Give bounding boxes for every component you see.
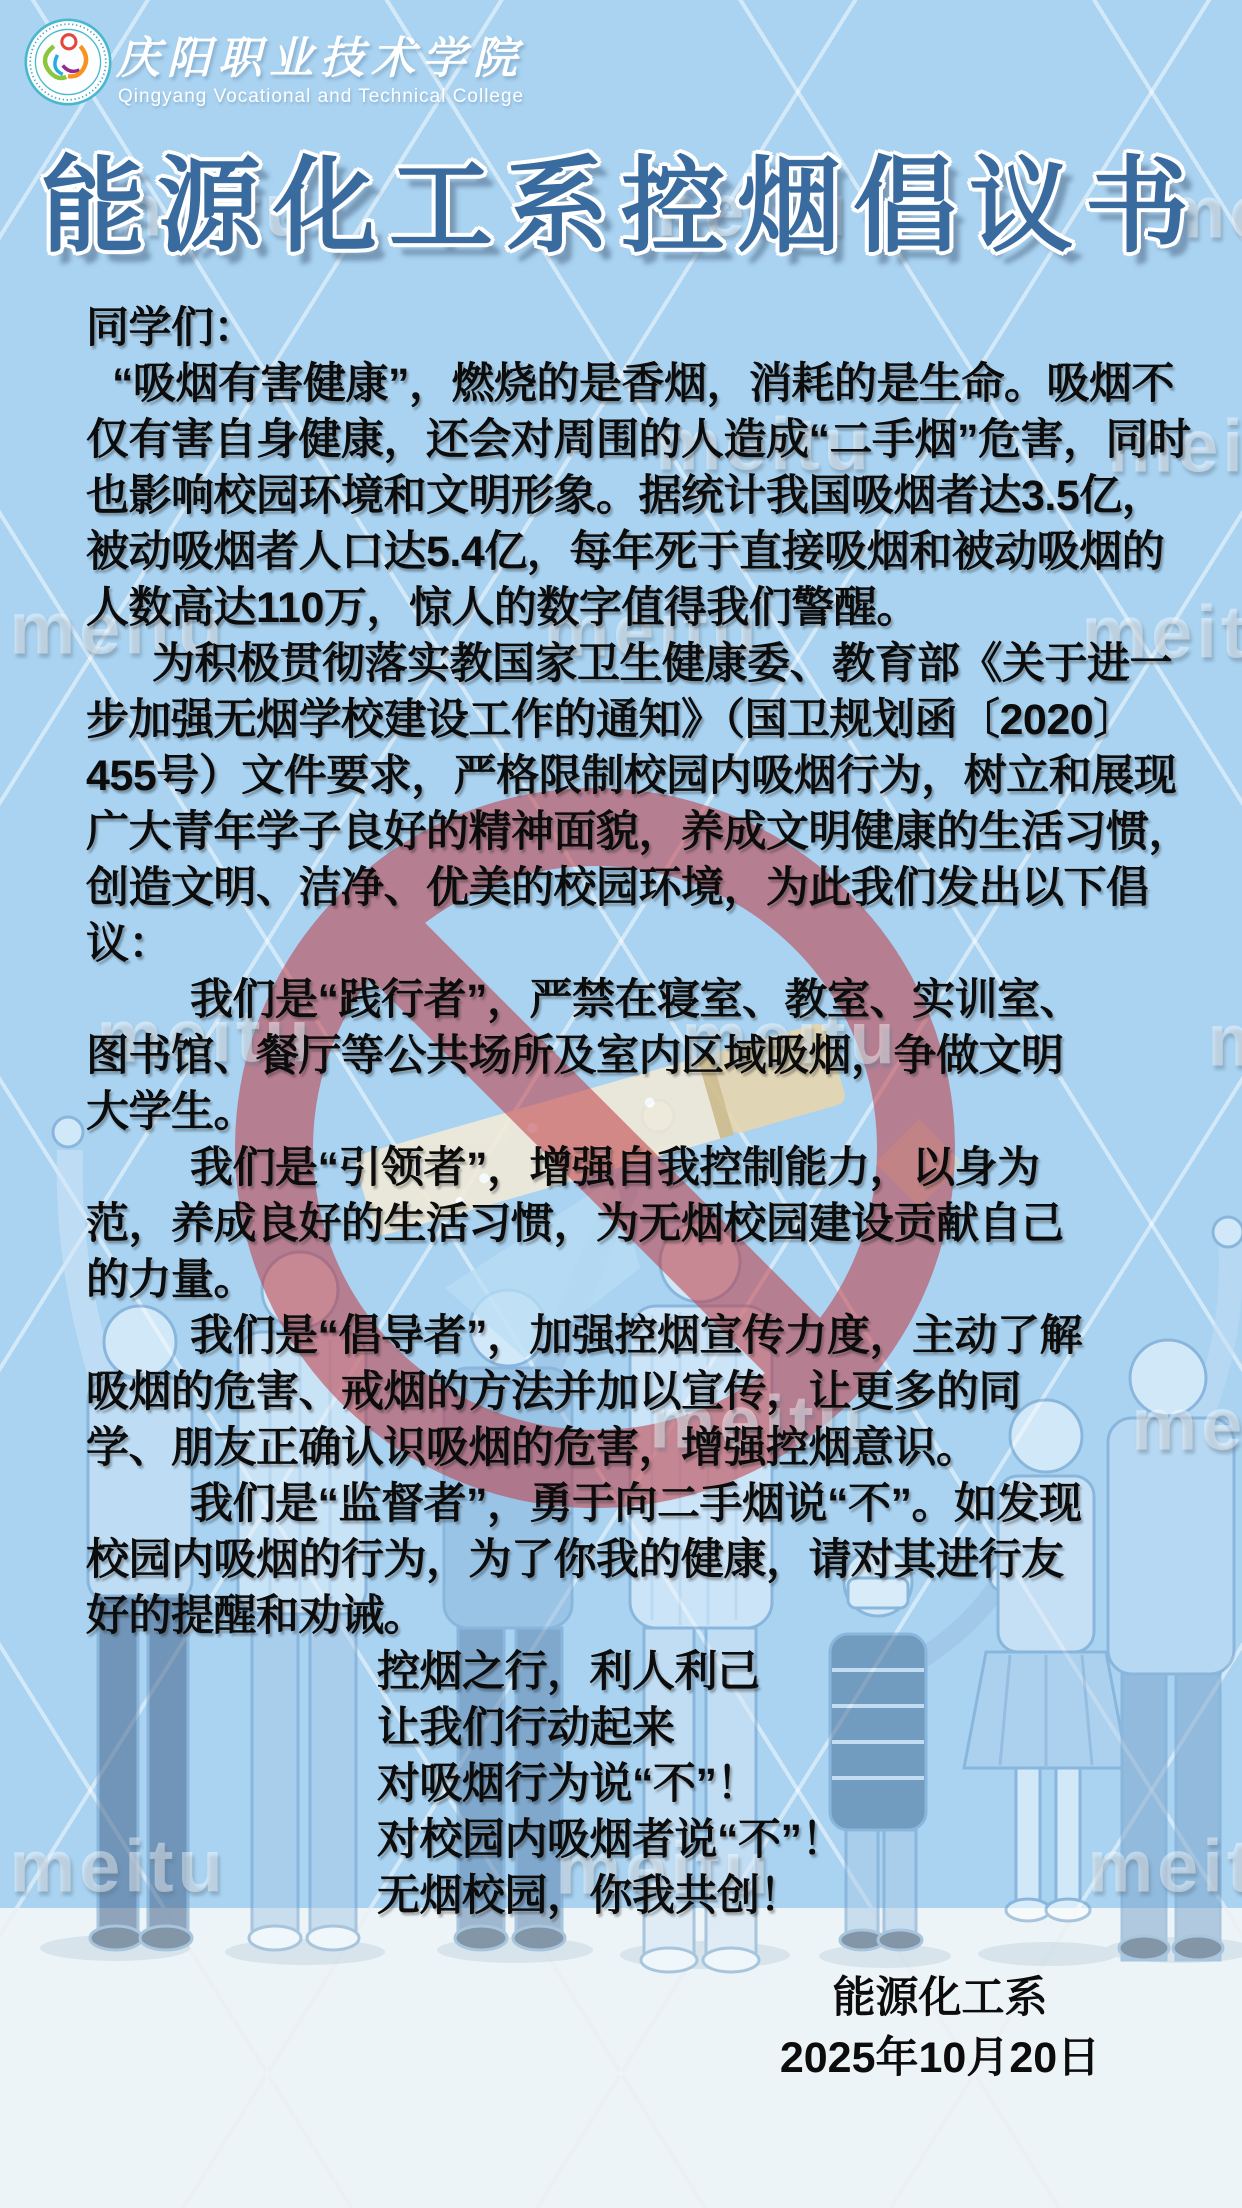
slogan-block: 控烟之行，利人利己让我们行动起来对吸烟行为说“不”！对校园内吸烟者说“不”！无烟… [86, 1644, 1242, 1924]
anti-smoking-poster: meitumeitumeitumeitumeitumeitumeitumeitu… [0, 0, 1242, 2208]
body-line: 仅有害自身健康，还会对周围的人造成“二手烟”危害，同时 [86, 412, 1242, 468]
body-line: 图书馆、餐厅等公共场所及室内区域吸烟，争做文明 [86, 1028, 1242, 1084]
letter-body: 同学们： “吸烟有害健康”，燃烧的是香烟，消耗的是生命。吸烟不仅有害自身健康，还… [0, 300, 1242, 1924]
body-line: 被动吸烟者人口达5.4亿，每年死于直接吸烟和被动吸烟的 [86, 524, 1242, 580]
body-line: “吸烟有害健康”，燃烧的是香烟，消耗的是生命。吸烟不 [86, 356, 1242, 412]
body-line: 广大青年学子良好的精神面貌，养成文明健康的生活习惯， [86, 804, 1242, 860]
slogan-line: 对吸烟行为说“不”！ [86, 1756, 1242, 1812]
paragraphs: “吸烟有害健康”，燃烧的是香烟，消耗的是生命。吸烟不仅有害自身健康，还会对周围的… [86, 356, 1242, 1644]
slogan-line: 对校园内吸烟者说“不”！ [86, 1812, 1242, 1868]
body-line: 人数高达110万，惊人的数字值得我们警醒。 [86, 580, 1242, 636]
signature-block: 能源化工系 2025年10月20日 [690, 1968, 1190, 2088]
body-line: 议： [86, 916, 1242, 972]
body-line: 吸烟的危害、戒烟的方法并加以宣传，让更多的同 [86, 1364, 1242, 1420]
body-line: 455号）文件要求，严格限制校园内吸烟行为，树立和展现 [86, 748, 1242, 804]
header: 庆阳职业技术学院 Qingyang Vocational and Technic… [0, 0, 1242, 130]
slogan-line: 让我们行动起来 [86, 1700, 1242, 1756]
body-line: 创造文明、洁净、优美的校园环境，为此我们发出以下倡 [86, 860, 1242, 916]
body-line: 我们是“践行者”，严禁在寝室、教室、实训室、 [86, 972, 1242, 1028]
body-line: 范，养成良好的生活习惯，为无烟校园建设贡献自己 [86, 1196, 1242, 1252]
signature-department: 能源化工系 [690, 1968, 1190, 2028]
body-line: 我们是“监督者”，勇于向二手烟说“不”。如发现 [86, 1476, 1242, 1532]
college-name-zh: 庆阳职业技术学院 [116, 22, 524, 86]
body-line: 我们是“倡导者”，加强控烟宣传力度，主动了解 [86, 1308, 1242, 1364]
body-line: 的力量。 [86, 1252, 1242, 1308]
body-line: 我们是“引领者”，增强自我控制能力，以身为 [86, 1140, 1242, 1196]
body-line: 校园内吸烟的行为，为了你我的健康，请对其进行友 [86, 1532, 1242, 1588]
college-logo-icon [24, 18, 112, 106]
body-line: 也影响校园环境和文明形象。据统计我国吸烟者达3.5亿， [86, 468, 1242, 524]
greeting: 同学们： [86, 300, 1242, 356]
slogan-line: 控烟之行，利人利己 [86, 1644, 1242, 1700]
signature-date: 2025年10月20日 [690, 2028, 1190, 2088]
body-line: 步加强无烟学校建设工作的通知》（国卫规划函〔2020〕 [86, 692, 1242, 748]
body-line: 好的提醒和劝诫。 [86, 1588, 1242, 1644]
poster-title: 能源化工系控烟倡议书 [0, 122, 1242, 272]
body-line: 大学生。 [86, 1084, 1242, 1140]
body-line: 学、朋友正确认识吸烟的危害，增强控烟意识。 [86, 1420, 1242, 1476]
slogan-line: 无烟校园，你我共创！ [86, 1868, 1242, 1924]
college-name-en: Qingyang Vocational and Technical Colleg… [118, 86, 524, 108]
body-line: 为积极贯彻落实教国家卫生健康委、教育部《关于进一 [86, 636, 1242, 692]
